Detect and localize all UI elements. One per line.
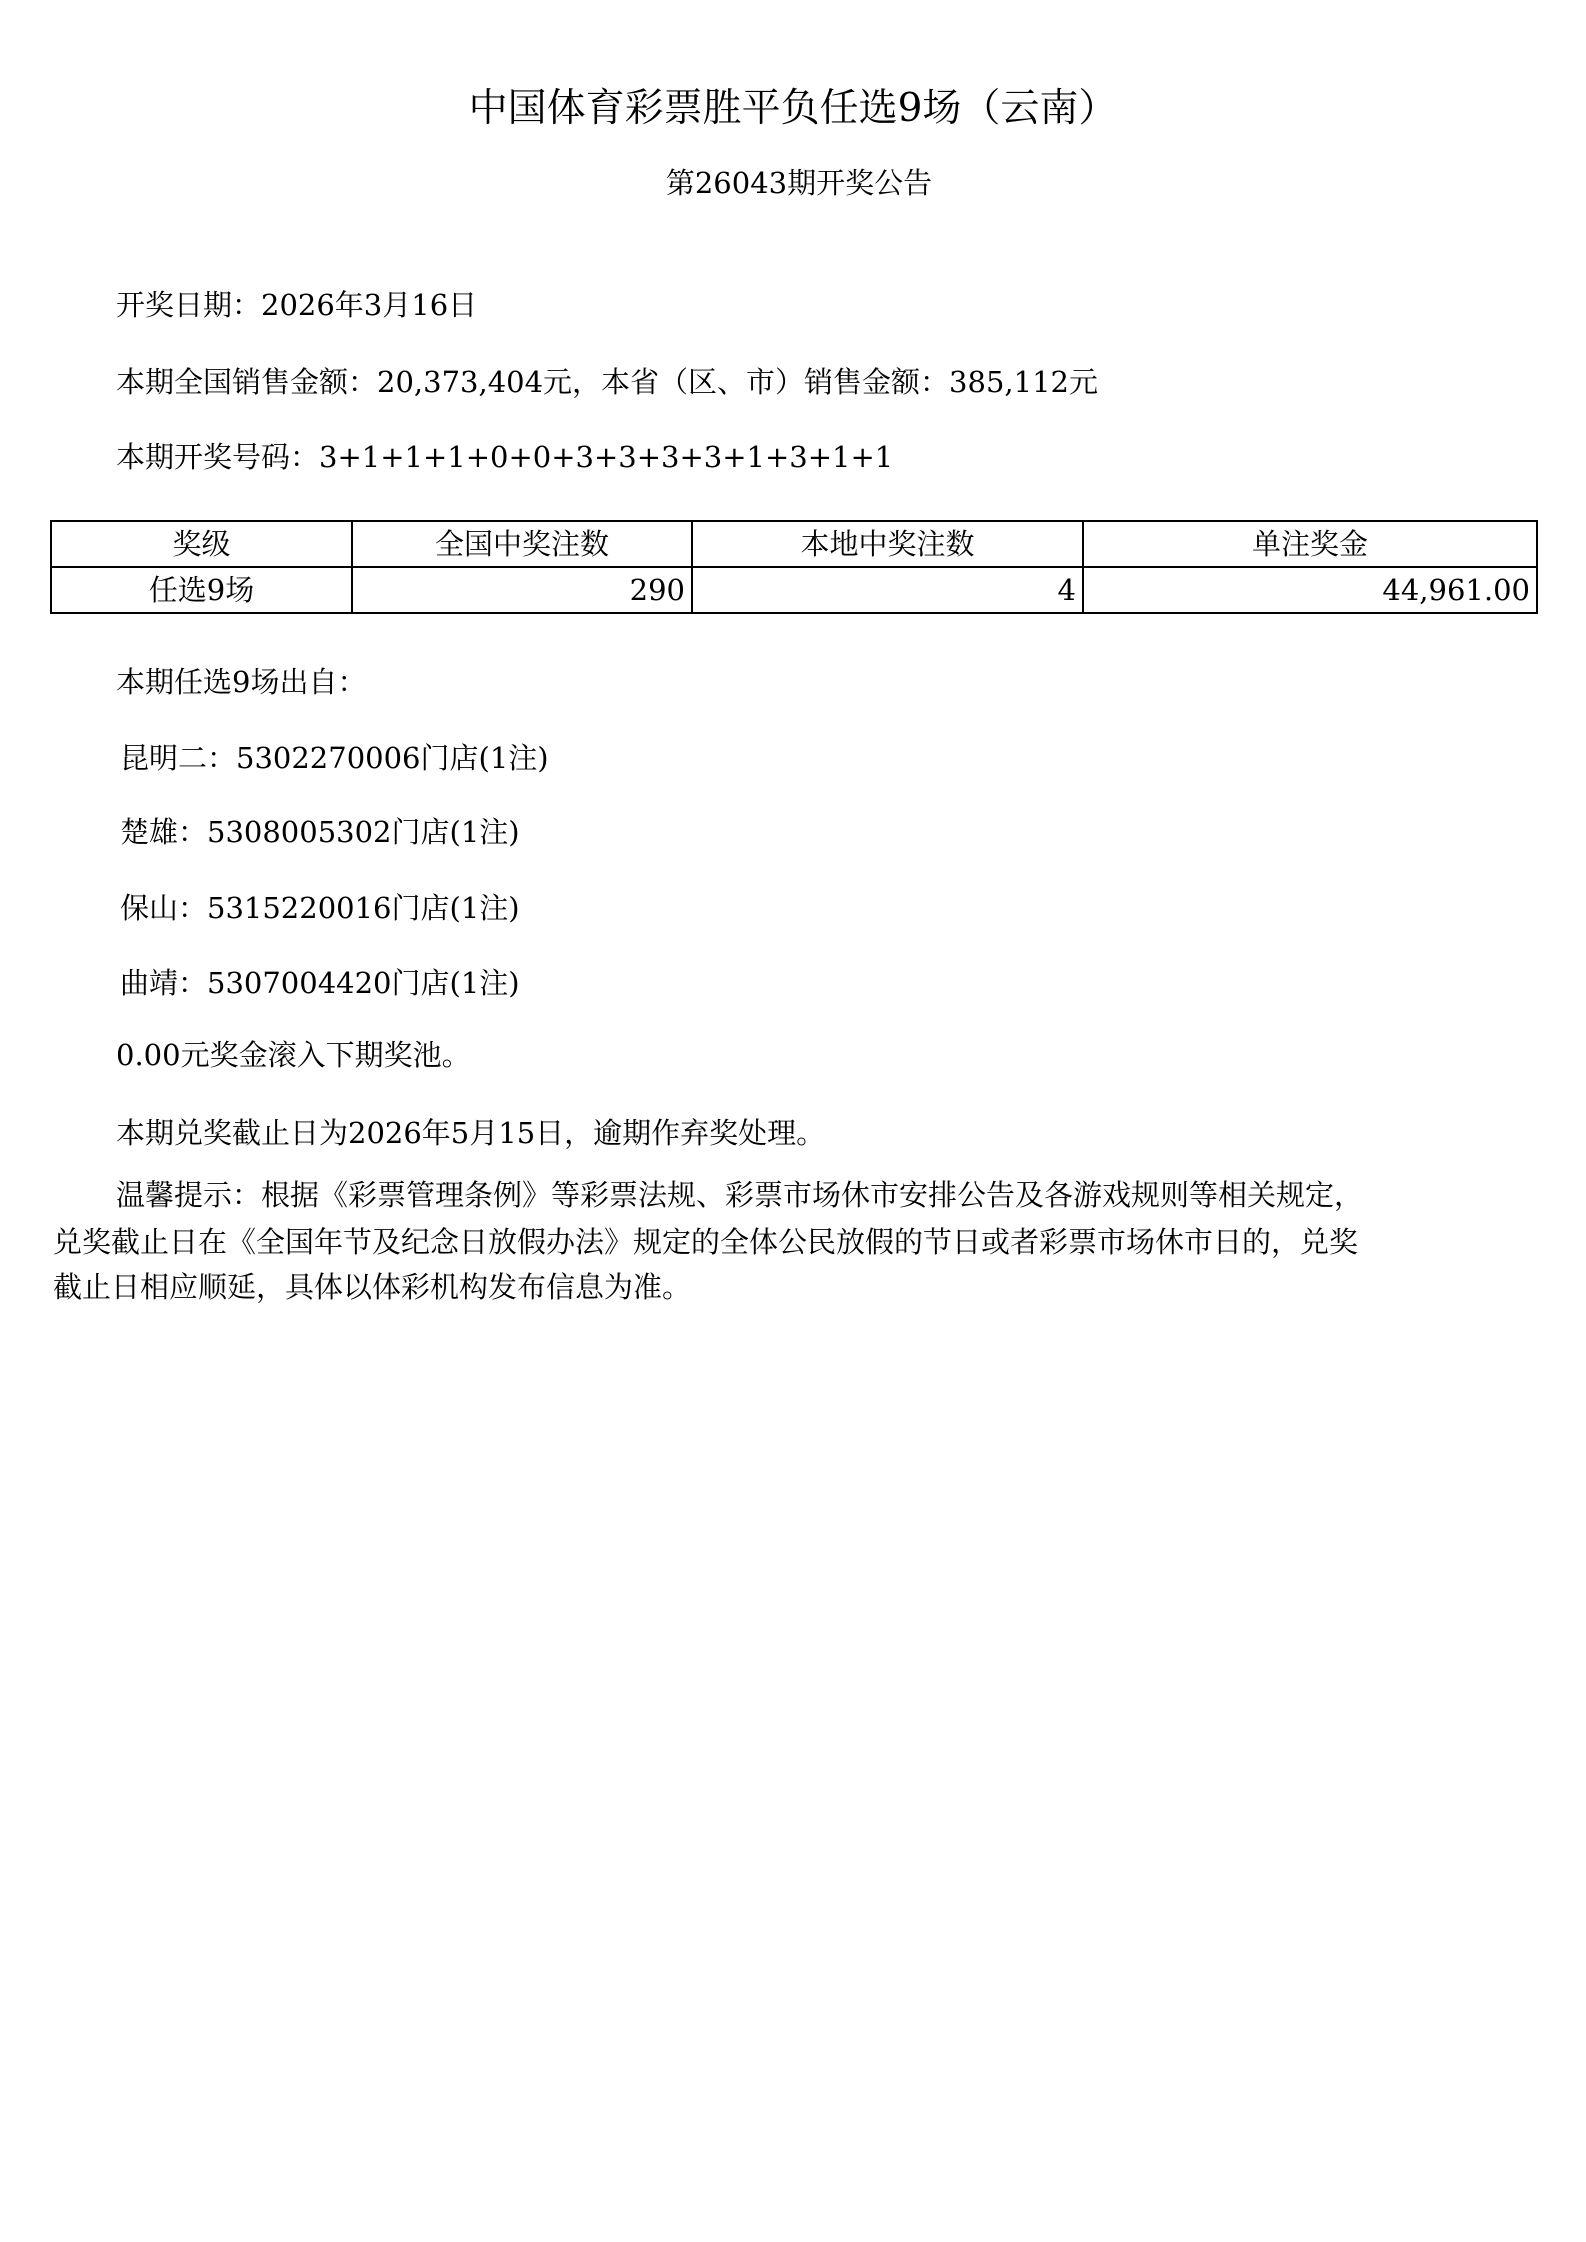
sales-amount: 本期全国销售金额：20,373,404元，本省（区、市）销售金额：385,112… xyxy=(116,365,1098,399)
table-header-row: 奖级 全国中奖注数 本地中奖注数 单注奖金 xyxy=(51,521,1537,567)
winning-numbers: 本期开奖号码：3+1+1+1+0+0+3+3+3+3+1+3+1+1 xyxy=(116,440,893,474)
cell-prize-per-bet: 44,961.00 xyxy=(1083,567,1537,613)
draw-date: 开奖日期：2026年3月16日 xyxy=(116,288,477,322)
cell-national-count: 290 xyxy=(352,567,692,613)
header-prize-per-bet: 单注奖金 xyxy=(1083,521,1537,567)
page-title: 中国体育彩票胜平负任选9场（云南） xyxy=(0,86,1586,132)
header-national-count: 全国中奖注数 xyxy=(352,521,692,567)
prize-table: 奖级 全国中奖注数 本地中奖注数 单注奖金 任选9场 290 4 44,961.… xyxy=(50,520,1538,614)
header-prize-level: 奖级 xyxy=(51,521,352,567)
winner-store-item: 楚雄：5308005302门店(1注) xyxy=(120,815,520,849)
winner-store-item: 曲靖：5307004420门店(1注) xyxy=(120,966,520,1000)
winner-store-item: 昆明二：5302270006门店(1注) xyxy=(120,741,549,775)
cell-prize-level: 任选9场 xyxy=(51,567,352,613)
table-row: 任选9场 290 4 44,961.00 xyxy=(51,567,1537,613)
warm-tip-line: 截止日相应顺延，具体以体彩机构发布信息为准。 xyxy=(53,1270,691,1304)
cell-local-count: 4 xyxy=(692,567,1083,613)
winner-store-item: 保山：5315220016门店(1注) xyxy=(120,891,520,925)
deadline-note: 本期兑奖截止日为2026年5月15日，逾期作弃奖处理。 xyxy=(116,1116,825,1150)
warm-tip-line: 兑奖截止日在《全国年节及纪念日放假办法》规定的全体公民放假的节日或者彩票市场休市… xyxy=(53,1225,1358,1259)
header-local-count: 本地中奖注数 xyxy=(692,521,1083,567)
winners-heading: 本期任选9场出自： xyxy=(116,665,366,699)
warm-tip-line: 温馨提示：根据《彩票管理条例》等彩票法规、彩票市场休市安排公告及各游戏规则等相关… xyxy=(116,1178,1363,1212)
rollover-note: 0.00元奖金滚入下期奖池。 xyxy=(116,1038,471,1072)
issue-subtitle: 第26043期开奖公告 xyxy=(0,166,1586,200)
